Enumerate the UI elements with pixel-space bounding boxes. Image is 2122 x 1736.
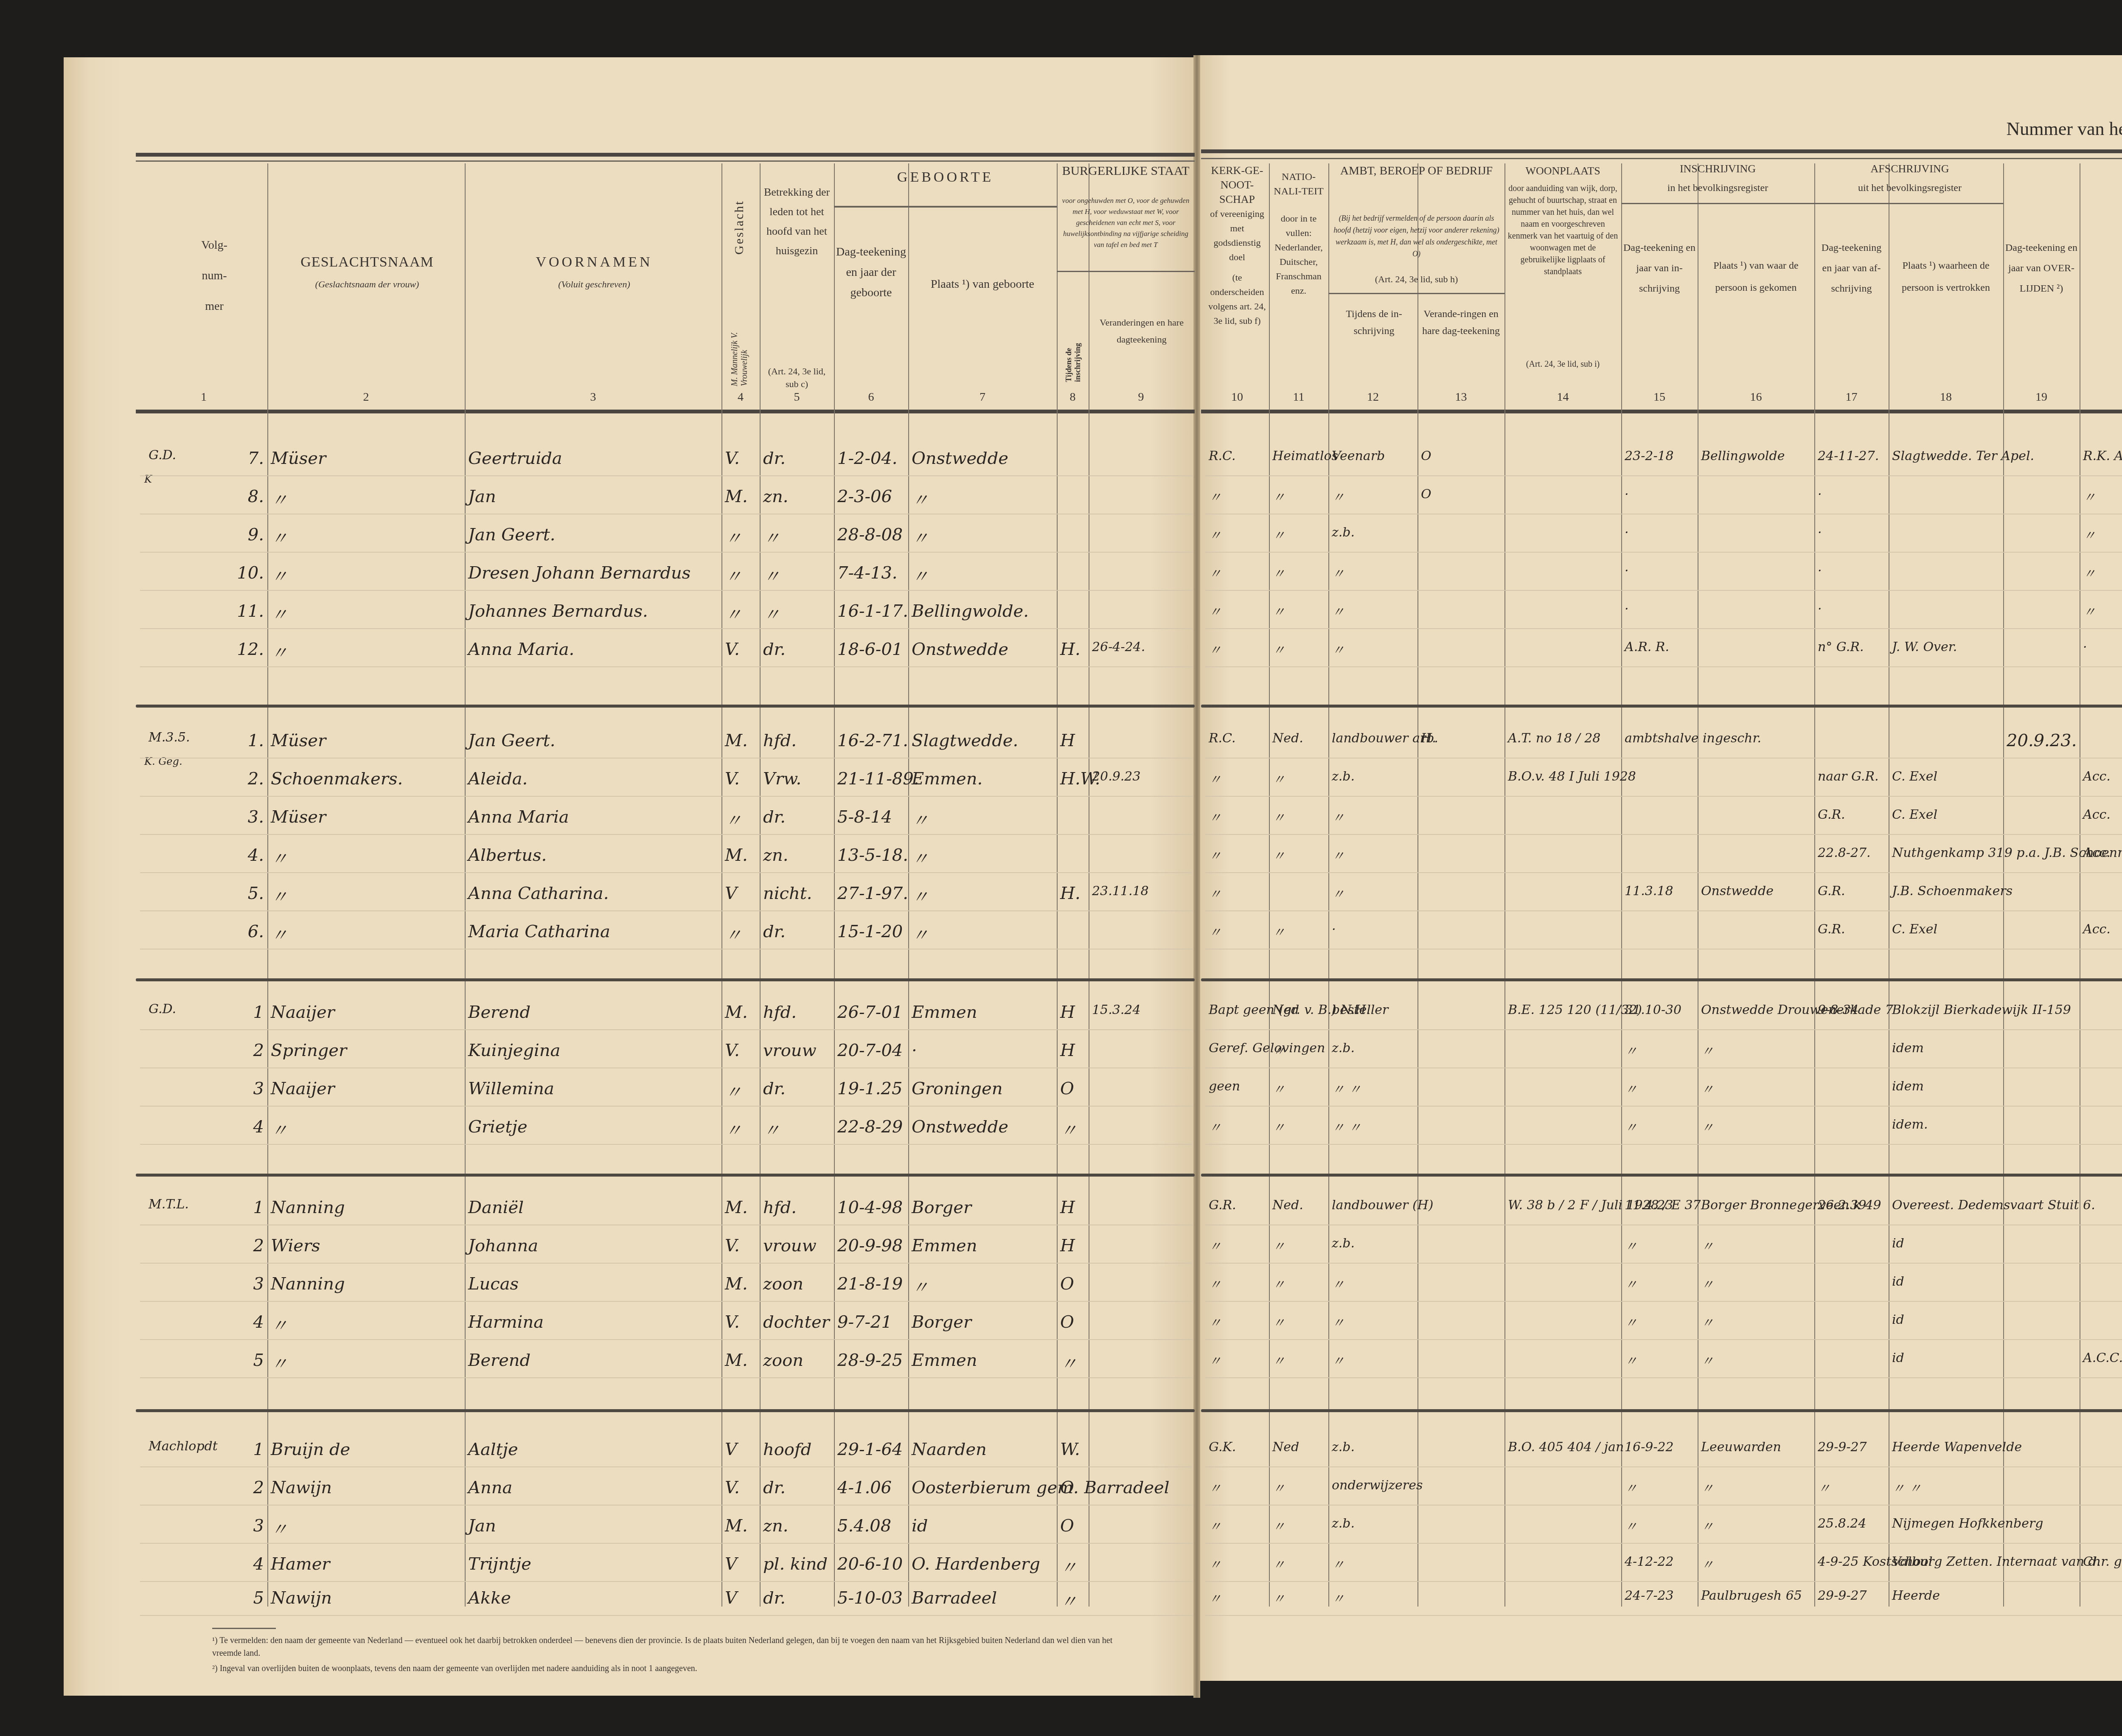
cell-out-date: G.R. <box>1818 884 1885 899</box>
header-woonplaats-sub: door aanduiding van wijk, dorp, gehucht … <box>1507 183 1619 278</box>
header-geboorte-plaats: Plaats ¹) van geboorte <box>910 272 1055 297</box>
cell-place: Oosterbierum gem. Barradeel <box>912 1478 1053 1497</box>
cell-born: 21-11-89. <box>837 769 905 789</box>
column-number-16: 16 <box>1698 390 1814 404</box>
cell-cs: 〃 <box>1060 1351 1085 1375</box>
header-woonplaats-art: (Art. 24, 3e lid, sub i) <box>1507 357 1619 372</box>
cell-out-date: 22.8-27. <box>1818 846 1885 860</box>
ruled-line <box>1205 1466 2122 1467</box>
cell-nat: 〃 <box>1272 769 1325 788</box>
cell-born: 28-9-25 <box>837 1351 905 1370</box>
cell-cs: W. <box>1060 1440 1085 1459</box>
cell-surname: 〃 <box>271 525 461 549</box>
cell-rel: dr. <box>763 807 831 827</box>
cell-job-change: O <box>1421 449 1501 463</box>
cell-given: Anna Catharina. <box>468 884 718 903</box>
cell-given: Aaltje <box>468 1440 718 1459</box>
column-number-11: 11 <box>1269 390 1328 404</box>
ruled-line <box>1205 910 2122 911</box>
cell-sex: 〃 <box>725 601 756 626</box>
cell-out-date: 9-8-34 <box>1818 1003 1885 1017</box>
cell-surname: Nanning <box>271 1198 461 1217</box>
cell-job: 〃 〃 <box>1332 1117 1414 1136</box>
cell-no: 3 <box>143 1516 264 1536</box>
column-divider <box>721 163 722 1607</box>
cell-out-date: G.R. <box>1818 922 1885 937</box>
header-kerk-title: KERK-GE-NOOT-SCHAP <box>1207 163 1267 207</box>
cell-in-date: 〃 <box>1625 1117 1694 1136</box>
column-number-18: 18 <box>1889 390 2003 404</box>
cell-church: 〃 <box>1209 525 1266 544</box>
cell-out-date: 29-9-27 <box>1818 1588 1885 1603</box>
cell-place: 〃 <box>912 884 1053 908</box>
cell-place: 〃 <box>912 1274 1053 1298</box>
footnote-rule <box>212 1628 276 1629</box>
ruled-line <box>140 1106 1193 1107</box>
cell-no: 6. <box>143 922 264 941</box>
cell-rel: dr. <box>763 640 831 659</box>
cell-in-from: 〃 <box>1701 1041 1811 1059</box>
cell-rel: vrouw <box>763 1236 831 1256</box>
ruled-line <box>140 552 1193 553</box>
ruled-line <box>1205 1505 2122 1506</box>
footnote-1: ¹) Te vermelden: den naam der gemeente v… <box>212 1634 1125 1660</box>
ruled-line <box>1205 872 2122 873</box>
cell-in-from: 〃 <box>1701 1478 1811 1497</box>
cell-surname: Nawijn <box>271 1478 461 1497</box>
column-number-10: 10 <box>1205 390 1269 404</box>
header-top-rule-left-thin <box>136 160 1195 162</box>
cell-born: 13-5-18. <box>837 846 905 865</box>
header-aanmerkingen: AAN-MERKINGEN <box>2082 272 2122 289</box>
header-ambt-veranderingen: Verande-ringen en hare dag-teekening <box>1420 306 1502 340</box>
cell-born: 16-1-17. <box>837 601 905 621</box>
ruled-line <box>140 1029 1193 1030</box>
cell-sex: M. <box>725 731 756 750</box>
cell-given: Anna <box>468 1478 718 1497</box>
household-separator <box>136 705 1195 708</box>
cell-cs: O <box>1060 1274 1085 1294</box>
cell-rel: zoon <box>763 1351 831 1370</box>
cell-no: 3 <box>143 1274 264 1294</box>
header-afschrijving-dag: Dag-teekening en jaar van af-schrijving <box>1816 238 1886 299</box>
household-separator <box>1201 1409 2122 1412</box>
header-betrekking: Betrekking der leden tot het hoofd van h… <box>762 183 832 261</box>
cell-rel: hfd. <box>763 1003 831 1022</box>
header-geslacht: Geslacht <box>732 178 747 255</box>
ruled-line <box>1205 552 2122 553</box>
cell-surname: Springer <box>271 1041 461 1060</box>
cell-born: 5.4.08 <box>837 1516 905 1536</box>
cell-place: Emmen <box>912 1236 1053 1256</box>
cell-out-date: n° G.R. <box>1818 640 1885 655</box>
cell-out-date: 26.2.39 <box>1818 1198 1885 1213</box>
column-number-13: 13 <box>1417 390 1504 404</box>
ruled-line <box>1205 1615 2122 1616</box>
cell-job: 〃 <box>1332 807 1414 826</box>
cell-cs: 〃 <box>1060 1554 1085 1579</box>
cell-job: 〃 <box>1332 1554 1414 1573</box>
cell-address: A.T. no 18 / 28 <box>1508 731 1618 746</box>
cell-church: 〃 <box>1209 487 1266 506</box>
header-kerk-sub: of vereeniging met godsdienstig doel <box>1207 207 1267 264</box>
ruled-line <box>140 590 1193 591</box>
column-number-20: 20 <box>2080 390 2122 404</box>
ruled-line <box>140 1339 1193 1340</box>
header-bottom-rule-right <box>1201 410 2122 413</box>
cell-job-change: H. <box>1421 731 1501 746</box>
household-separator <box>136 1409 1195 1412</box>
cell-job: 〃 <box>1332 563 1414 582</box>
cell-sex: 〃 <box>725 563 756 587</box>
cell-out-date: · <box>1818 525 1885 540</box>
cell-in-date: · <box>1625 601 1694 616</box>
cell-no: 3. <box>143 807 264 827</box>
cell-place: Emmen <box>912 1351 1053 1370</box>
cell-given: Kuinjegina <box>468 1041 718 1060</box>
cell-in-from: Onstwedde <box>1701 884 1811 899</box>
cell-in-date: ambtshalve ingeschr. <box>1625 731 1694 746</box>
cell-no: 2 <box>143 1236 264 1256</box>
ruled-line <box>140 872 1193 873</box>
cell-surname: 〃 <box>271 601 461 626</box>
cell-remarks: Acc. <box>2083 846 2122 860</box>
cell-remarks: 〃 <box>2083 563 2122 582</box>
cell-no: 2. <box>143 769 264 789</box>
ruled-line <box>140 1225 1193 1225</box>
cell-sex: V <box>725 1440 756 1459</box>
ruled-line <box>1205 590 2122 591</box>
cell-job: z.b. <box>1332 1041 1414 1056</box>
cell-church: 〃 <box>1209 563 1266 582</box>
cell-job: · <box>1332 922 1414 937</box>
header-kerkgenootschap: KERK-GE-NOOT-SCHAP of vereeniging met go… <box>1207 163 1267 328</box>
cell-church: 〃 <box>1209 769 1266 788</box>
cell-born: 21-8-19 <box>837 1274 905 1294</box>
cell-sex: M. <box>725 846 756 865</box>
cell-born: 20-9-98 <box>837 1236 905 1256</box>
ruled-line <box>1205 796 2122 797</box>
ruled-line <box>140 834 1193 835</box>
cell-rel: dr. <box>763 922 831 941</box>
cell-given: Anna Maria. <box>468 640 718 659</box>
cell-nat: 〃 <box>1272 640 1325 658</box>
cell-given: Aleida. <box>468 769 718 789</box>
column-divider <box>834 163 835 1607</box>
cell-rel: 〃 <box>763 563 831 587</box>
cell-nat: 〃 <box>1272 846 1325 864</box>
ruled-line <box>140 758 1193 758</box>
cell-no: 5 <box>143 1588 264 1608</box>
cell-cs: H <box>1060 1003 1085 1022</box>
cell-job: 〃 <box>1332 487 1414 506</box>
cell-no: 1 <box>143 1440 264 1459</box>
cell-job: 〃 <box>1332 1588 1414 1607</box>
cell-in-from: 〃 <box>1701 1274 1811 1293</box>
column-divider <box>1328 163 1329 1607</box>
cell-in-from: Leeuwarden <box>1701 1440 1811 1455</box>
cell-born: 19-1.25 <box>837 1079 905 1098</box>
cell-remarks: Chr. gem. school Ham. <box>2083 1554 2122 1569</box>
cell-given: Willemina <box>468 1079 718 1098</box>
column-divider <box>1269 163 1270 1607</box>
column-divider <box>1089 163 1089 1607</box>
cell-given: Geertruida <box>468 449 718 468</box>
cell-place: id <box>912 1516 1053 1536</box>
cell-surname: 〃 <box>271 1351 461 1375</box>
cell-given: Grietje <box>468 1117 718 1137</box>
cell-no: 4. <box>143 846 264 865</box>
cell-sex: 〃 <box>725 807 756 831</box>
cell-church: 〃 <box>1209 1274 1266 1293</box>
cell-out-date: 24-11-27. <box>1818 449 1885 463</box>
cell-out-to: id <box>1892 1351 2000 1365</box>
cell-church: 〃 <box>1209 1554 1266 1573</box>
cell-out-to: id <box>1892 1236 2000 1251</box>
cell-in-date: · <box>1625 487 1694 502</box>
cell-rel: dr. <box>763 1588 831 1608</box>
cell-in-from: Paulbrugesh 65 <box>1701 1588 1811 1603</box>
cell-job: landbouwer arb. <box>1332 731 1414 746</box>
cell-cs-change: 15.3.24 <box>1092 1003 1190 1017</box>
cell-given: Dresen Johann Bernardus <box>468 563 718 583</box>
ruled-line <box>140 796 1193 797</box>
cell-place: 〃 <box>912 846 1053 870</box>
cell-cs: O <box>1060 1478 1085 1497</box>
cell-nat: 〃 <box>1272 563 1325 582</box>
cell-surname: 〃 <box>271 846 461 870</box>
header-ambt: AMBT, BEROEP OF BEDRIJF <box>1330 163 1502 179</box>
cell-out-to: id <box>1892 1312 2000 1327</box>
cell-given: Jan Geert. <box>468 525 718 545</box>
ruled-line <box>1205 628 2122 629</box>
cell-church: Bapt geen (gr. v. B.) N.H. <box>1209 1003 1266 1017</box>
cell-cs-change: 23.11.18 <box>1092 884 1190 899</box>
header-volg-1: Volg- <box>187 238 242 253</box>
cell-rel: pl. kind <box>763 1554 831 1574</box>
cell-in-date: 〃 <box>1625 1478 1694 1497</box>
cell-in-date: 11.4.23 <box>1625 1198 1694 1213</box>
cell-out-to: Heerde Wapenvelde <box>1892 1440 2000 1455</box>
cell-in-date: · <box>1625 525 1694 540</box>
cell-nat: Ned. <box>1272 731 1325 746</box>
cell-church: 〃 <box>1209 601 1266 620</box>
cell-rel: 〃 <box>763 1117 831 1141</box>
footnotes: ¹) Te vermelden: den naam der gemeente v… <box>212 1628 1125 1675</box>
ruled-line <box>140 1144 1193 1145</box>
cell-sex: M. <box>725 487 756 506</box>
cell-born: 15-1-20 <box>837 922 905 941</box>
cell-in-date: 〃 <box>1625 1351 1694 1369</box>
cell-church: geen <box>1209 1079 1266 1094</box>
cell-surname: 〃 <box>271 487 461 511</box>
cell-church: G.R. <box>1209 1198 1266 1213</box>
header-nat-title: NATIO-NALI-TEIT <box>1271 170 1326 199</box>
ruled-line <box>1205 1144 2122 1145</box>
cell-nat: 〃 <box>1272 1117 1325 1136</box>
cell-no: 4 <box>143 1554 264 1574</box>
cell-no: 4 <box>143 1117 264 1137</box>
header-volg-3: mer <box>187 299 242 314</box>
column-number-7: 7 <box>908 390 1057 404</box>
cell-surname: Schoenmakers. <box>271 769 461 789</box>
cell-job: 〃 <box>1332 601 1414 620</box>
cell-rel: 〃 <box>763 601 831 626</box>
cell-cs-change: 20.9.23 <box>1092 769 1190 784</box>
cell-cs: 〃 <box>1060 1117 1085 1141</box>
cell-out-to: Heerde <box>1892 1588 2000 1603</box>
column-divider <box>267 163 268 1607</box>
cell-surname: Nawijn <box>271 1588 461 1608</box>
cell-church: 〃 <box>1209 807 1266 826</box>
cell-church: G.K. <box>1209 1440 1266 1455</box>
cell-out-to: idem <box>1892 1079 2000 1094</box>
cell-place: Onstwedde <box>912 1117 1053 1137</box>
afschrijving-divider <box>1814 203 2003 204</box>
cell-remarks: 〃 <box>2083 601 2122 620</box>
column-divider <box>1621 163 1622 1607</box>
cell-rel: hfd. <box>763 731 831 750</box>
cell-cs: H <box>1060 731 1085 750</box>
cell-sex: 〃 <box>725 1079 756 1103</box>
header-inschrijving-sub: in het bevolkingsregister <box>1623 180 1812 196</box>
ruled-line <box>1205 1067 2122 1068</box>
cell-remarks: Acc. <box>2083 807 2122 822</box>
cell-place: Barradeel <box>912 1588 1053 1608</box>
cell-no: 1 <box>143 1003 264 1022</box>
cell-cs: H <box>1060 1236 1085 1256</box>
cell-in-from: 〃 <box>1701 1236 1811 1255</box>
cell-nat: 〃 <box>1272 1554 1325 1573</box>
cell-out-date: 25.8.24 <box>1818 1516 1885 1531</box>
header-top-rule-left <box>136 153 1195 157</box>
cell-job: 〃 <box>1332 1312 1414 1331</box>
cell-job: z.b. <box>1332 1236 1414 1251</box>
header-burgerlijke-sub: voor ongehuwden met O, voor de gehuwden … <box>1059 195 1193 250</box>
cell-surname: 〃 <box>271 1312 461 1337</box>
cell-surname: 〃 <box>271 884 461 908</box>
cell-sex: V. <box>725 640 756 659</box>
cell-remarks: 〃 <box>2083 487 2122 506</box>
sheet-number-label: Nummer van het blad <box>2007 118 2122 140</box>
cell-church: 〃 <box>1209 1117 1266 1136</box>
cell-nat: 〃 <box>1272 1312 1325 1331</box>
cell-rel: zn. <box>763 487 831 506</box>
cell-rel: dr. <box>763 1478 831 1497</box>
cell-out-to: J.B. Schoenmakers <box>1892 884 2000 899</box>
column-divider <box>1417 163 1418 1607</box>
cell-church: R.C. <box>1209 449 1266 463</box>
column-number-3: 3 <box>465 390 721 404</box>
footnote-2: ²) Ingeval van overlijden buiten de woon… <box>212 1662 1125 1675</box>
cell-in-from: Bellingwolde <box>1701 449 1811 463</box>
cell-in-date: 4-12-22 <box>1625 1554 1694 1569</box>
cell-out-date: · <box>1818 601 1885 616</box>
cell-in-from: 〃 <box>1701 1312 1811 1331</box>
cell-job: 〃 <box>1332 846 1414 864</box>
cell-sex: V. <box>725 1478 756 1497</box>
ruled-line <box>1205 1543 2122 1544</box>
cell-in-date: 16-9-22 <box>1625 1440 1694 1455</box>
cell-job: z.b. <box>1332 769 1414 784</box>
header-afschrijving: AFSCHRIJVING <box>1816 161 2003 177</box>
cell-out-to: Nuthgenkamp 319 p.a. J.B. Schoenmakers <box>1892 846 2000 860</box>
ruled-line <box>1205 834 2122 835</box>
cell-remarks: · <box>2083 640 2122 655</box>
cell-in-date: 〃 <box>1625 1516 1694 1535</box>
cell-surname: Müser <box>271 807 461 827</box>
ruled-line <box>140 1377 1193 1378</box>
cell-job: 〃 <box>1332 640 1414 658</box>
header-voornamen: VOORNAMEN <box>467 255 721 270</box>
cell-surname: Hamer <box>271 1554 461 1574</box>
cell-remarks: Acc. <box>2083 922 2122 937</box>
cell-place: Slagtwedde. <box>912 731 1053 750</box>
cell-born: 10-4-98 <box>837 1198 905 1217</box>
ruled-line <box>140 910 1193 911</box>
cell-in-date: 〃 <box>1625 1079 1694 1098</box>
cell-job: landbouwer (H) <box>1332 1198 1414 1213</box>
cell-cs-change: 26-4-24. <box>1092 640 1190 655</box>
ruled-line <box>140 628 1193 629</box>
header-nat-sub: door in te vullen: Nederlander, Duitsche… <box>1271 211 1326 298</box>
header-betrekking-sub: (Art. 24, 3e lid, sub c) <box>762 365 832 390</box>
cell-remarks: A.C.C. <box>2083 1351 2122 1365</box>
household-separator <box>136 1174 1195 1177</box>
column-number-17: 17 <box>1814 390 1889 404</box>
cell-address: B.O. 405 404 / jan <box>1508 1440 1618 1455</box>
column-number-9: 9 <box>1089 390 1193 404</box>
cell-in-from: 〃 <box>1701 1117 1811 1136</box>
cell-job: z.b. <box>1332 1516 1414 1531</box>
cell-rel: dr. <box>763 449 831 468</box>
cell-place: Bellingwolde. <box>912 601 1053 621</box>
cell-sex: V <box>725 1554 756 1574</box>
column-number-15: 15 <box>1621 390 1698 404</box>
cell-no: 9. <box>143 525 264 545</box>
cell-in-date: 24-7-23 <box>1625 1588 1694 1603</box>
cell-church: 〃 <box>1209 1236 1266 1255</box>
cell-surname: 〃 <box>271 640 461 664</box>
cell-born: 26-7-01 <box>837 1003 905 1022</box>
cell-cs: 〃 <box>1060 1588 1085 1612</box>
header-burgerlijke-staat: BURGERLIJKE STAAT <box>1059 163 1193 179</box>
cell-given: Jan <box>468 1516 718 1536</box>
cell-place: Onstwedde <box>912 449 1053 468</box>
ruled-line <box>1205 1301 2122 1302</box>
cell-given: Berend <box>468 1003 718 1022</box>
ruled-line <box>140 949 1193 949</box>
cell-given: Trijntje <box>468 1554 718 1574</box>
cell-out-to: 〃 〃 <box>1892 1478 2000 1497</box>
cell-place: Borger <box>912 1312 1053 1332</box>
cell-born: 4-1.06 <box>837 1478 905 1497</box>
cell-out-to: Valburg Zetten. Internaat van d. <box>1892 1554 2000 1569</box>
cell-rel: 〃 <box>763 525 831 549</box>
cell-place: Borger <box>912 1198 1053 1217</box>
cell-place: Onstwedde <box>912 640 1053 659</box>
header-geboorte-group: GEBOORTE <box>836 170 1055 185</box>
cell-sex: M. <box>725 1003 756 1022</box>
ruled-line <box>1205 1339 2122 1340</box>
ambt-divider <box>1328 293 1504 294</box>
cell-out-date: 4-9-25 Kostschool <box>1818 1554 1885 1569</box>
cell-job-change: O <box>1421 487 1501 502</box>
cell-given: Albertus. <box>468 846 718 865</box>
cell-surname: Naaijer <box>271 1079 461 1098</box>
cell-sex: V <box>725 1588 756 1608</box>
cell-remarks: R.K. Acc. <box>2083 449 2122 463</box>
